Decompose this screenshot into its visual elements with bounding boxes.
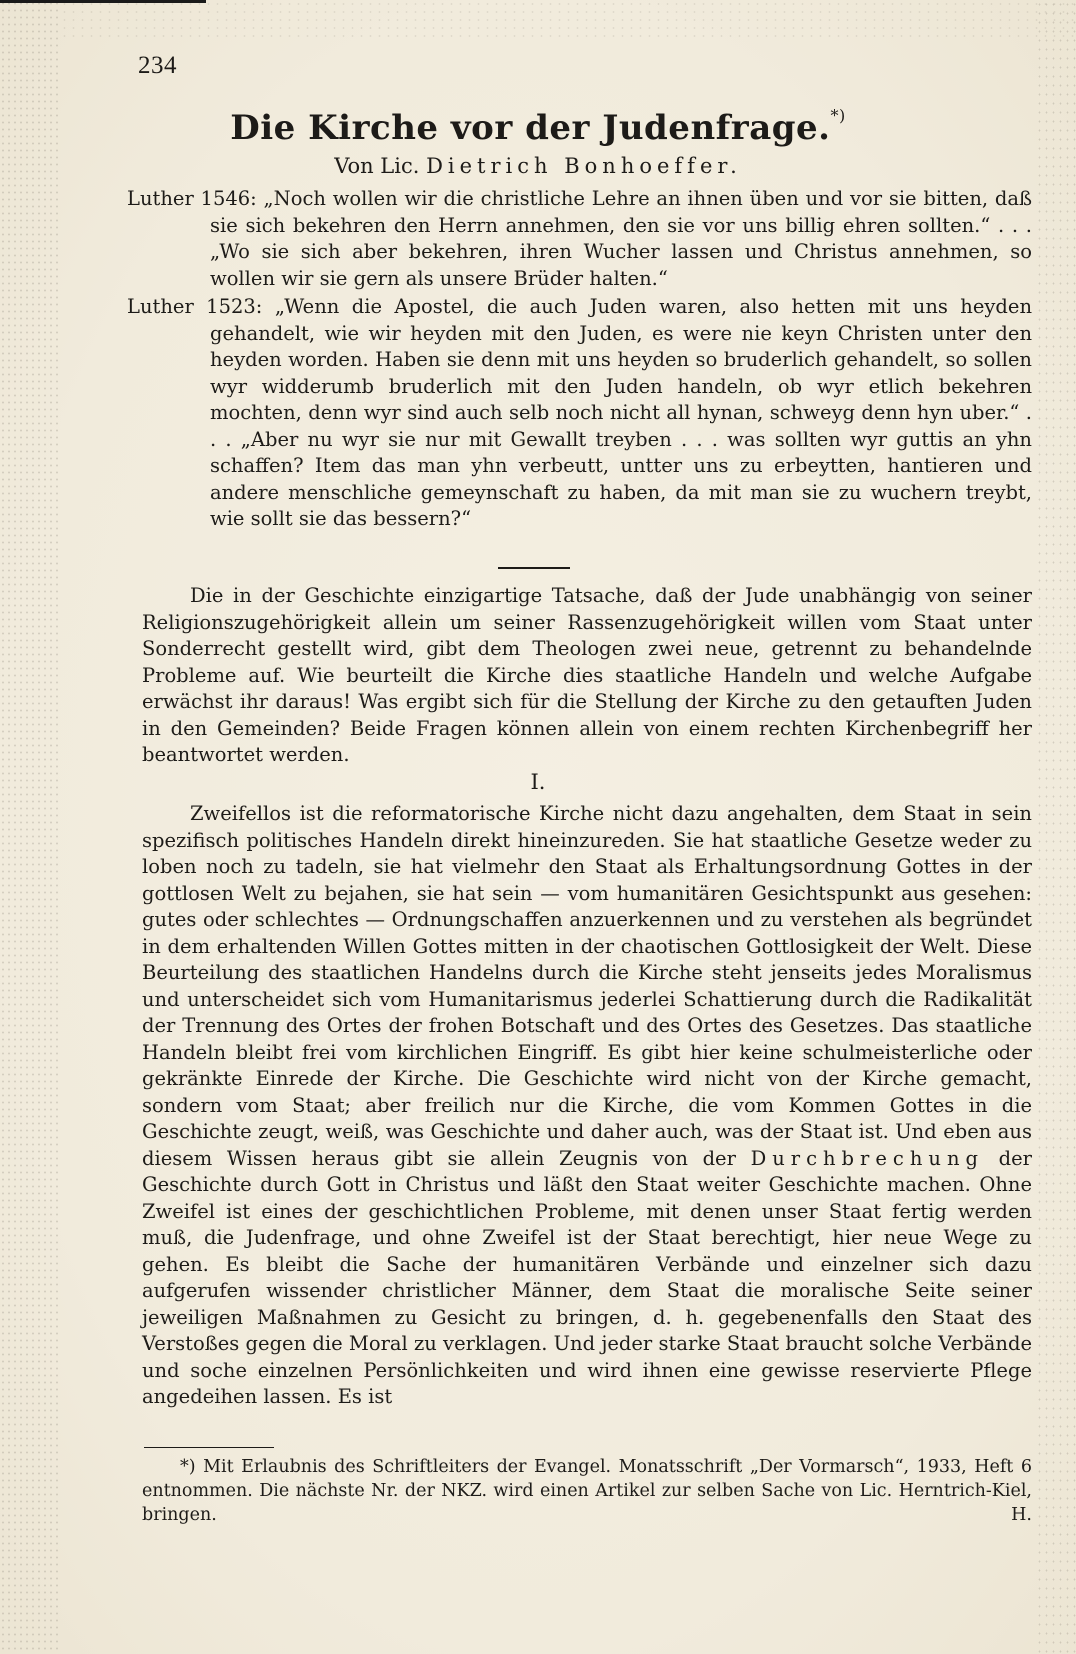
title-footnote-mark: *) [830,106,845,125]
page-number: 234 [138,52,177,80]
epigraph-text: „Noch wollen wir die christliche Lehre a… [210,187,1032,290]
epigraph-luther-1546: Luther 1546: „Noch wollen wir die christ… [127,186,1032,292]
scan-edge-bar [0,0,206,3]
article-title: Die Kirche vor der Judenfrage.*) [0,106,1076,148]
emphasized-word: Durchbrechung [751,1147,984,1170]
byline: Von Lic. Dietrich Bonhoeffer. [0,154,1076,178]
footnote: *) Mit Erlaubnis des Schriftleiters der … [142,1455,1032,1527]
paragraph-text-part2: der Geschichte durch Gott in Christus un… [142,1147,1032,1409]
epigraph-source: Luther 1546: [127,187,257,210]
footnote-signature: H. [973,1503,1032,1527]
footnote-divider [144,1447,274,1448]
epigraph-source: Luther 1523: [127,295,262,318]
article-title-text: Die Kirche vor der Judenfrage. [230,108,830,148]
epigraph-text: „Wenn die Apostel, die auch Juden waren,… [210,295,1032,530]
section-divider [498,567,570,569]
section-numeral: I. [0,770,1076,794]
byline-prefix: Von Lic. [334,154,419,178]
scan-noise-left [0,0,60,1654]
intro-paragraph: Die in der Geschichte einzigartige Tatsa… [142,583,1032,769]
scan-noise-right [1036,0,1076,1654]
section-paragraph: Zweifellos ist die reformatorische Kirch… [142,801,1032,1411]
epigraph-block: Luther 1546: „Noch wollen wir die christ… [127,186,1032,292]
epigraph-block: Luther 1523: „Wenn die Apostel, die auch… [127,294,1032,533]
paragraph-text-part1: Zweifellos ist die reformatorische Kirch… [142,802,1032,1170]
scan-noise-top [60,0,1076,40]
author-name: Dietrich Bonhoeffer. [426,154,742,178]
footnote-text: *) Mit Erlaubnis des Schriftleiters der … [142,1457,1032,1525]
scanned-page: 234 Die Kirche vor der Judenfrage.*) Von… [0,0,1076,1654]
epigraph-luther-1523: Luther 1523: „Wenn die Apostel, die auch… [127,294,1032,533]
